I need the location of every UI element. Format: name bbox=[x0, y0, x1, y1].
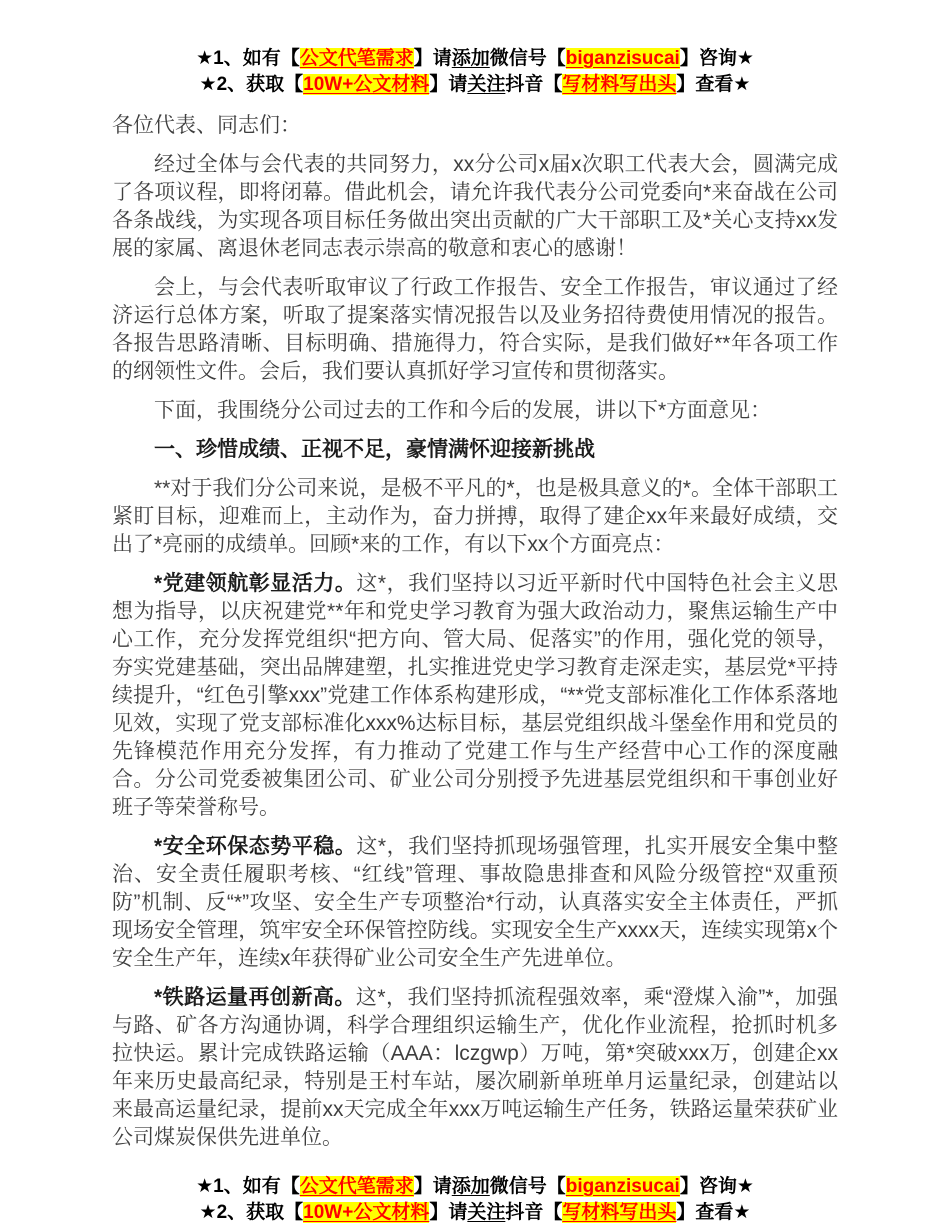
paragraph-party-building: *党建领航彰显活力。这*，我们坚持以习近平新时代中国特色社会主义思想为指导，以庆… bbox=[112, 570, 838, 822]
promo-text: 抖音【 bbox=[505, 74, 562, 95]
promo-text: ★2、获取【 bbox=[200, 1202, 304, 1223]
underline-follow-word: 关注 bbox=[467, 1202, 505, 1223]
promo-text: 抖音【 bbox=[505, 1202, 562, 1223]
paragraph-text: 这*，我们坚持以习近平新时代中国特色社会主义思想为指导，以庆祝建党**年和党史学… bbox=[112, 572, 838, 819]
paragraph-meeting-summary: 会上，与会代表听取审议了行政工作报告、安全工作报告，审议通过了经济运行总体方案，… bbox=[112, 274, 838, 386]
highlight-wechat-id: biganzisucai bbox=[566, 48, 680, 69]
paragraph-opening-thanks: 经过全体与会代表的共同努力，xx分公司x届x次职工代表大会，圆满完成了各项议程，… bbox=[112, 151, 838, 263]
promo-banner-bottom: ★1、如有【公文代笔需求】请添加微信号【biganzisucai】咨询★ ★2、… bbox=[112, 1174, 838, 1226]
promo-text: 微信号【 bbox=[490, 48, 566, 69]
underline-add-word: 添加 bbox=[452, 48, 490, 69]
highlight-douyin-name: 写材料写出头 bbox=[562, 74, 676, 95]
highlight-ghostwriting-need: 公文代笔需求 bbox=[300, 48, 414, 69]
paragraph-lead: *安全环保态势平稳。 bbox=[154, 835, 356, 858]
paragraph-safety: *安全环保态势平稳。这*，我们坚持抓现场强管理，扎实开展安全集中整治、安全责任履… bbox=[112, 833, 838, 973]
promo-text: 】咨询★ bbox=[680, 48, 754, 69]
promo-line-2: ★2、获取【10W+公文材料】请关注抖音【写材料写出头】查看★ bbox=[112, 1200, 838, 1226]
document-page: ★1、如有【公文代笔需求】请添加微信号【biganzisucai】咨询★ ★2、… bbox=[0, 0, 950, 1230]
highlight-wechat-id: biganzisucai bbox=[566, 1176, 680, 1197]
highlight-materials-offer: 10W+公文材料 bbox=[303, 74, 429, 95]
underline-add-word: 添加 bbox=[452, 1176, 490, 1197]
highlight-douyin-name: 写材料写出头 bbox=[562, 1202, 676, 1223]
promo-text: ★2、获取【 bbox=[200, 74, 304, 95]
promo-text: 】咨询★ bbox=[680, 1176, 754, 1197]
paragraph-transition: 下面，我围绕分公司过去的工作和今后的发展，讲以下*方面意见： bbox=[112, 397, 838, 425]
highlight-materials-offer: 10W+公文材料 bbox=[303, 1202, 429, 1223]
promo-text: 】请 bbox=[429, 74, 467, 95]
promo-line-1: ★1、如有【公文代笔需求】请添加微信号【biganzisucai】咨询★ bbox=[112, 46, 838, 72]
promo-text: 】查看★ bbox=[676, 74, 750, 95]
paragraph-overview: **对于我们分公司来说，是极不平凡的*，也是极具意义的*。全体干部职工紧盯目标，… bbox=[112, 475, 838, 559]
promo-text: ★1、如有【 bbox=[196, 48, 300, 69]
promo-line-1: ★1、如有【公文代笔需求】请添加微信号【biganzisucai】咨询★ bbox=[112, 1174, 838, 1200]
paragraph-lead: *铁路运量再创新高。 bbox=[154, 986, 356, 1009]
promo-text: 微信号【 bbox=[490, 1176, 566, 1197]
paragraph-text: 这*，我们坚持抓流程强效率，乘“澄煤入渝”*，加强与路、矿各方沟通协调，科学合理… bbox=[112, 986, 838, 1149]
promo-banner-top: ★1、如有【公文代笔需求】请添加微信号【biganzisucai】咨询★ ★2、… bbox=[112, 46, 838, 98]
underline-follow-word: 关注 bbox=[467, 74, 505, 95]
promo-text: 】查看★ bbox=[676, 1202, 750, 1223]
document-body: 各位代表、同志们： 经过全体与会代表的共同努力，xx分公司x届x次职工代表大会，… bbox=[112, 112, 838, 1152]
promo-text: 】请 bbox=[414, 1176, 452, 1197]
highlight-ghostwriting-need: 公文代笔需求 bbox=[300, 1176, 414, 1197]
promo-text: ★1、如有【 bbox=[196, 1176, 300, 1197]
paragraph-lead: *党建领航彰显活力。 bbox=[154, 572, 356, 595]
promo-text: 】请 bbox=[429, 1202, 467, 1223]
paragraph-railway-volume: *铁路运量再创新高。这*，我们坚持抓流程强效率，乘“澄煤入渝”*，加强与路、矿各… bbox=[112, 984, 838, 1152]
promo-text: 】请 bbox=[414, 48, 452, 69]
promo-line-2: ★2、获取【10W+公文材料】请关注抖音【写材料写出头】查看★ bbox=[112, 72, 838, 98]
salutation: 各位代表、同志们： bbox=[112, 112, 838, 140]
section-heading: 一、珍惜成绩、正视不足，豪情满怀迎接新挑战 bbox=[112, 436, 838, 464]
